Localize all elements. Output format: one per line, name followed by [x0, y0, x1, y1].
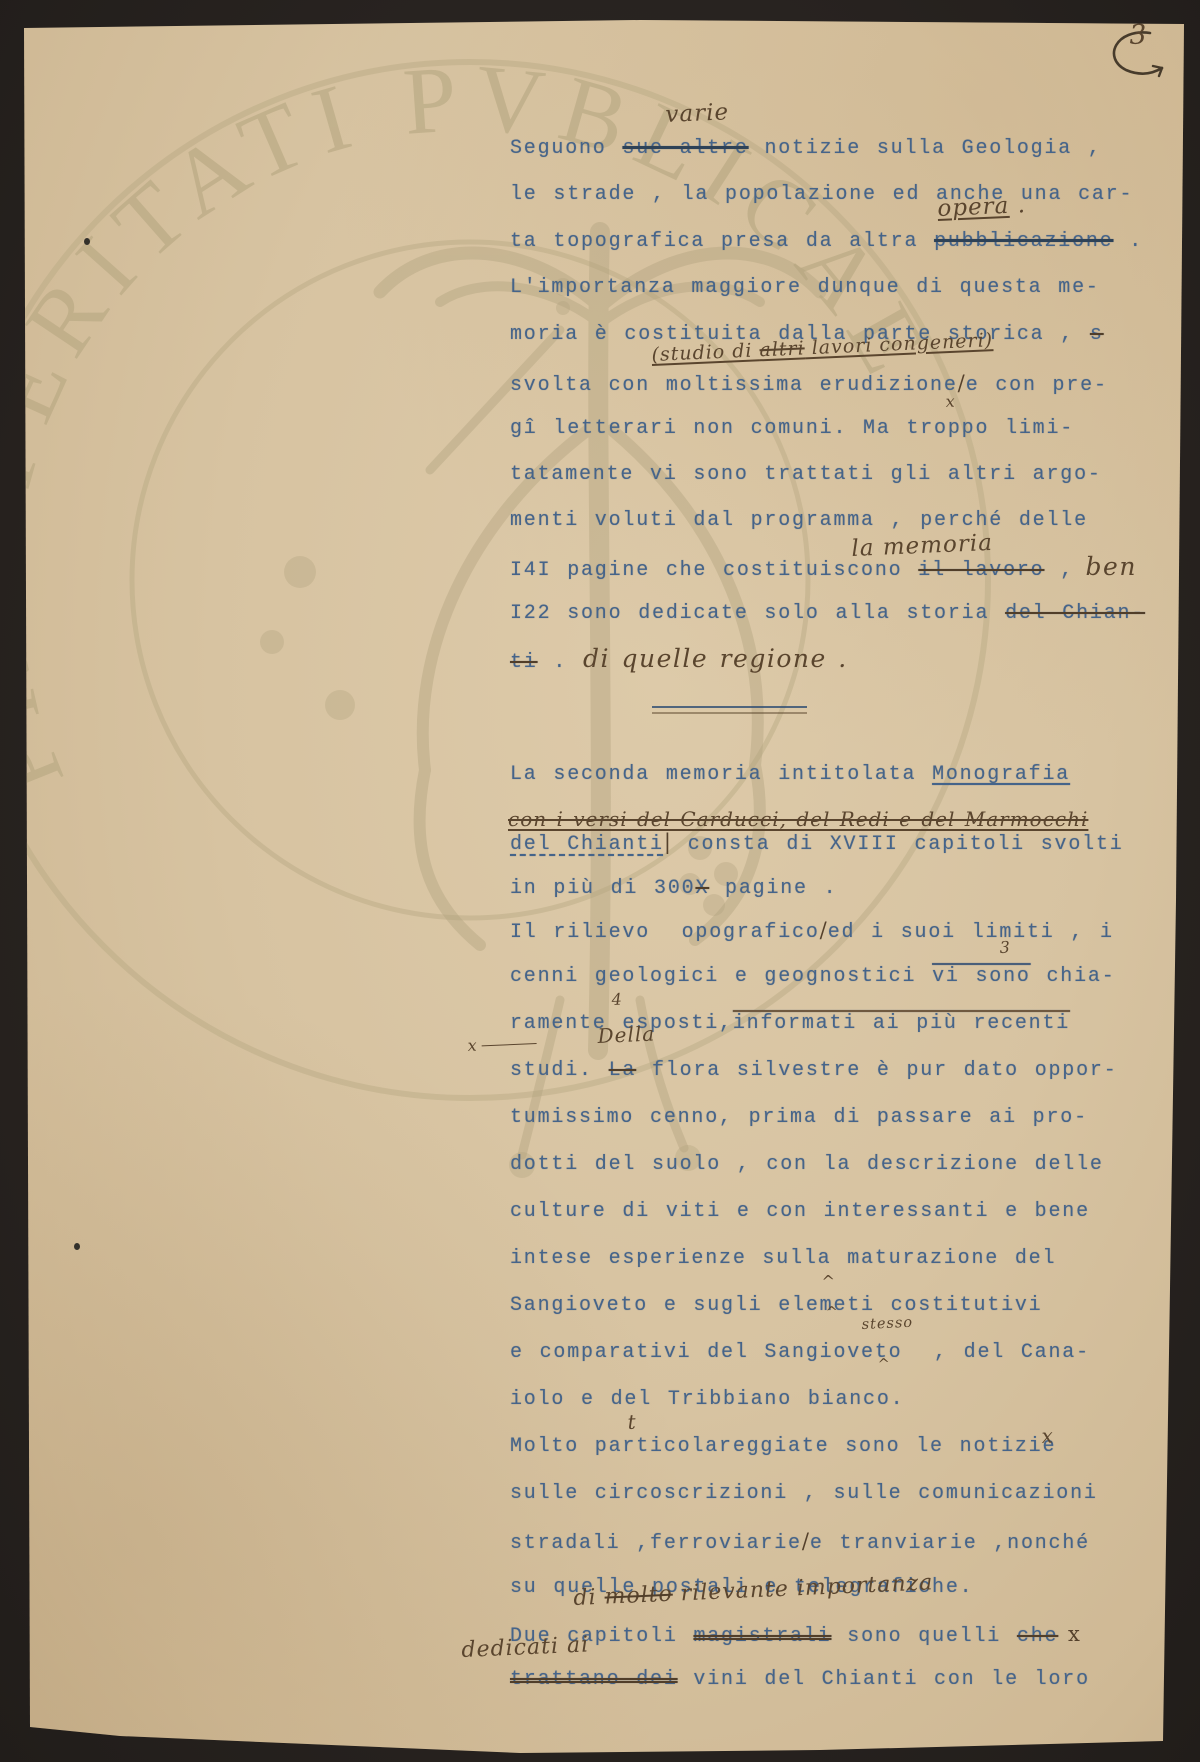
typed-text: svolta con moltissima erudizione	[510, 374, 958, 397]
handwritten-text: altri	[759, 337, 805, 361]
handwritten-annotation: t	[627, 1412, 637, 1432]
typed-text: tatamente vi sono trattati gli altri arg…	[510, 463, 1102, 486]
typed-text: flora silvestre è pur dato oppor-	[636, 1059, 1117, 1082]
handwritten-text: stesso	[861, 1315, 913, 1333]
section-divider	[652, 706, 807, 714]
handwritten-text: varie	[665, 99, 730, 128]
typed-text: vi sono	[932, 965, 1031, 988]
typed-text: che	[1017, 1625, 1058, 1648]
typed-text: vini del Chianti con le loro	[678, 1668, 1090, 1691]
typed-line: svolta con moltissima erudizione/e con p…	[510, 370, 1108, 397]
typed-line: trattano dei vini del Chianti con le lor…	[510, 1667, 1090, 1694]
typed-line: Il rilievo opografico/ed i suoi limiti ,…	[510, 917, 1114, 944]
handwritten-text: ^	[825, 1304, 839, 1321]
typed-text: .	[538, 651, 583, 674]
typed-line: I4I pagine che costituiscono il lavoro ,…	[510, 554, 1137, 581]
handwritten-text: (studio di	[651, 339, 760, 366]
typed-line: menti voluti dal programma , perché dell…	[510, 508, 1088, 535]
handwritten-text: 3	[999, 938, 1011, 957]
ink-speck	[84, 238, 90, 245]
typed-text: sono quelli	[831, 1625, 1016, 1648]
typed-text: Il rilievo opografico	[510, 921, 820, 944]
handwritten-text: /	[802, 1529, 810, 1553]
handwritten-annotation: la memoria	[851, 532, 993, 561]
handwritten-annotation: 4	[611, 992, 623, 1008]
typed-text: pubblicazione	[934, 230, 1113, 253]
handwritten-text: 3	[1129, 19, 1149, 51]
handwritten-text: dedicati ai	[461, 1632, 590, 1663]
typed-line: I22 sono dedicate solo alla storia del C…	[510, 601, 1145, 628]
typed-text: I22 sono dedicate solo alla storia	[510, 602, 1005, 625]
typed-text: chia-	[1031, 965, 1116, 988]
typed-text: Sangioveto e sugli elemeti costitutivi	[510, 1294, 1042, 1317]
handwritten-text: x	[1041, 1423, 1054, 1448]
handwritten-text: |	[664, 830, 672, 854]
typed-text: iolo e del Tribbiano bianco.	[510, 1388, 904, 1411]
typed-line: intese esperienze sulla maturazione del	[510, 1246, 1056, 1273]
typed-text: in più di 300	[510, 877, 695, 900]
typed-line: La seconda memoria intitolata Monografia	[510, 762, 1070, 789]
typed-text: ed i suoi limiti , i	[828, 921, 1114, 944]
ink-speck	[74, 1243, 80, 1250]
typed-line: le strade , la popolazione ed anche una …	[510, 182, 1133, 209]
typed-line: Molto particolareggiate sono le notizie	[510, 1434, 1056, 1461]
scanned-document-photo: { "photo": { "background_color": "#29242…	[0, 0, 1200, 1762]
typed-text: sulle circoscrizioni , sulle comunicazio…	[510, 1482, 1098, 1505]
handwritten-text: ^	[821, 1271, 836, 1291]
handwritten-text: 4	[611, 990, 623, 1009]
handwritten-text: x	[1058, 1622, 1081, 1646]
typed-text: ti	[510, 651, 538, 674]
typed-text: trattano dei	[510, 1668, 678, 1691]
typed-text: cenni geologici e geognostici	[510, 965, 932, 988]
typed-text: informati ai più recenti	[733, 1012, 1070, 1035]
typed-text: tumissimo cenno, prima di passare ai pro…	[510, 1106, 1088, 1129]
typed-line: ti . di quelle regione .	[510, 646, 848, 673]
typed-text: I4I pagine che costituiscono	[510, 559, 918, 582]
typed-text: Molto particolareggiate sono le notizie	[510, 1435, 1056, 1458]
typed-text: La	[609, 1059, 637, 1082]
typed-text: pagine .	[709, 877, 837, 900]
handwritten-text: di quelle regione .	[583, 644, 848, 673]
typed-text: studi.	[510, 1059, 609, 1082]
typed-text: notizie sulla Geologia ,	[749, 137, 1102, 160]
typed-line: tumissimo cenno, prima di passare ai pro…	[510, 1105, 1088, 1132]
typed-text: e con pre-	[966, 374, 1108, 397]
hand-dash-mark	[482, 1043, 537, 1046]
handwritten-annotation: stesso	[861, 1316, 913, 1333]
typed-line: ramente esposti,informati ai più recenti	[510, 1011, 1070, 1038]
handwritten-text: molto	[604, 1582, 673, 1610]
typed-text: La seconda memoria intitolata	[510, 763, 932, 786]
typed-text: menti voluti dal programma , perché dell…	[510, 509, 1088, 532]
typed-line: cenni geologici e geognostici vi sono ch…	[510, 964, 1116, 991]
typed-text: culture di viti e con interessanti e ben…	[510, 1200, 1090, 1223]
typed-text: ta topografica presa da altra	[510, 230, 934, 253]
typed-text: e tranviarie ,nonché	[810, 1532, 1090, 1555]
document-content: Seguono sue altre notizie sulla Geologia…	[0, 0, 1200, 1762]
typed-line: Due capitoli magistrali sono quelli che …	[510, 1621, 1081, 1648]
typed-line: iolo e del Tribbiano bianco.	[510, 1387, 904, 1414]
handwritten-annotation: ^	[825, 1305, 839, 1320]
handwritten-annotation: x	[945, 394, 956, 410]
handwritten-annotation: opera .	[937, 194, 1026, 221]
handwritten-annotation: ^	[821, 1273, 836, 1290]
typed-text: X	[695, 877, 709, 900]
handwritten-annotation: ^	[877, 1357, 891, 1372]
handwritten-annotation: x	[1041, 1425, 1054, 1446]
typed-line: sulle circoscrizioni , sulle comunicazio…	[510, 1481, 1098, 1508]
typed-text: sue altre	[622, 137, 748, 160]
handwritten-text: di	[573, 1585, 605, 1611]
typed-text: il lavoro	[918, 559, 1044, 582]
typed-text: intese esperienze sulla maturazione del	[510, 1247, 1056, 1270]
typed-line: Seguono sue altre notizie sulla Geologia…	[510, 136, 1102, 163]
typed-line: tatamente vi sono trattati gli altri arg…	[510, 462, 1102, 489]
handwritten-annotation: dedicati ai	[461, 1634, 590, 1662]
page-number: 3	[1129, 21, 1148, 49]
handwritten-text: .	[1009, 192, 1027, 219]
typed-line: in più di 300X pagine .	[510, 876, 837, 903]
typed-line: culture di viti e con interessanti e ben…	[510, 1199, 1090, 1226]
handwritten-text: /	[820, 918, 828, 942]
typed-line: e comparativi del Sangioveto , del Cana-	[510, 1340, 1090, 1367]
typed-text: s	[1090, 323, 1104, 346]
handwritten-text: Della	[597, 1022, 656, 1048]
handwritten-text: con i versi del Carducci, del Redi e del…	[508, 807, 1088, 831]
handwritten-annotation: Della	[597, 1024, 655, 1046]
handwritten-annotation: varie	[665, 101, 730, 127]
typed-text: dotti del suolo , con la descrizione del…	[510, 1153, 1104, 1176]
typed-text: Seguono	[510, 137, 622, 160]
typed-text: stradali ,ferroviarie	[510, 1532, 802, 1555]
typed-text: ,	[1044, 559, 1074, 582]
typed-text: del Chian-	[1005, 602, 1145, 625]
typed-line: Sangioveto e sugli elemeti costitutivi	[510, 1293, 1042, 1320]
handwritten-annotation: x	[467, 1035, 537, 1054]
typed-text: magistrali	[693, 1625, 831, 1648]
typed-line: gî letterari non comuni. Ma troppo limi-	[510, 416, 1074, 443]
typed-line: dotti del suolo , con la descrizione del…	[510, 1152, 1104, 1179]
typed-text: .	[1114, 230, 1144, 253]
typed-line: L'importanza maggiore dunque di questa m…	[510, 275, 1100, 302]
typed-text: gî letterari non comuni. Ma troppo limi-	[510, 417, 1074, 440]
handwritten-text: /	[958, 371, 966, 395]
typed-text: le strade , la popolazione ed anche una …	[510, 183, 1133, 206]
handwritten-text: ^	[877, 1356, 891, 1373]
handwritten-text: t	[627, 1410, 637, 1434]
typed-text: Monografia	[932, 763, 1070, 786]
handwritten-text: opera	[937, 193, 1010, 222]
typed-text: L'importanza maggiore dunque di questa m…	[510, 276, 1100, 299]
handwritten-text: x	[467, 1036, 478, 1055]
handwritten-annotation: 3	[999, 940, 1011, 956]
typed-text: e comparativi del Sangioveto , del Cana-	[510, 1341, 1090, 1364]
typed-line: studi. La flora silvestre è pur dato opp…	[510, 1058, 1118, 1085]
typed-text: del Chianti	[510, 833, 664, 856]
handwritten-text: x	[945, 392, 956, 411]
typed-line: del Chianti| consta di XVIII capitoli sv…	[510, 829, 1124, 856]
handwritten-text: ben	[1074, 552, 1137, 581]
typed-line: stradali ,ferroviarie/e tranviarie ,nonc…	[510, 1528, 1090, 1555]
typed-line: ta topografica presa da altra pubblicazi…	[510, 229, 1143, 256]
typed-text: consta di XVIII capitoli svolti	[672, 833, 1124, 856]
